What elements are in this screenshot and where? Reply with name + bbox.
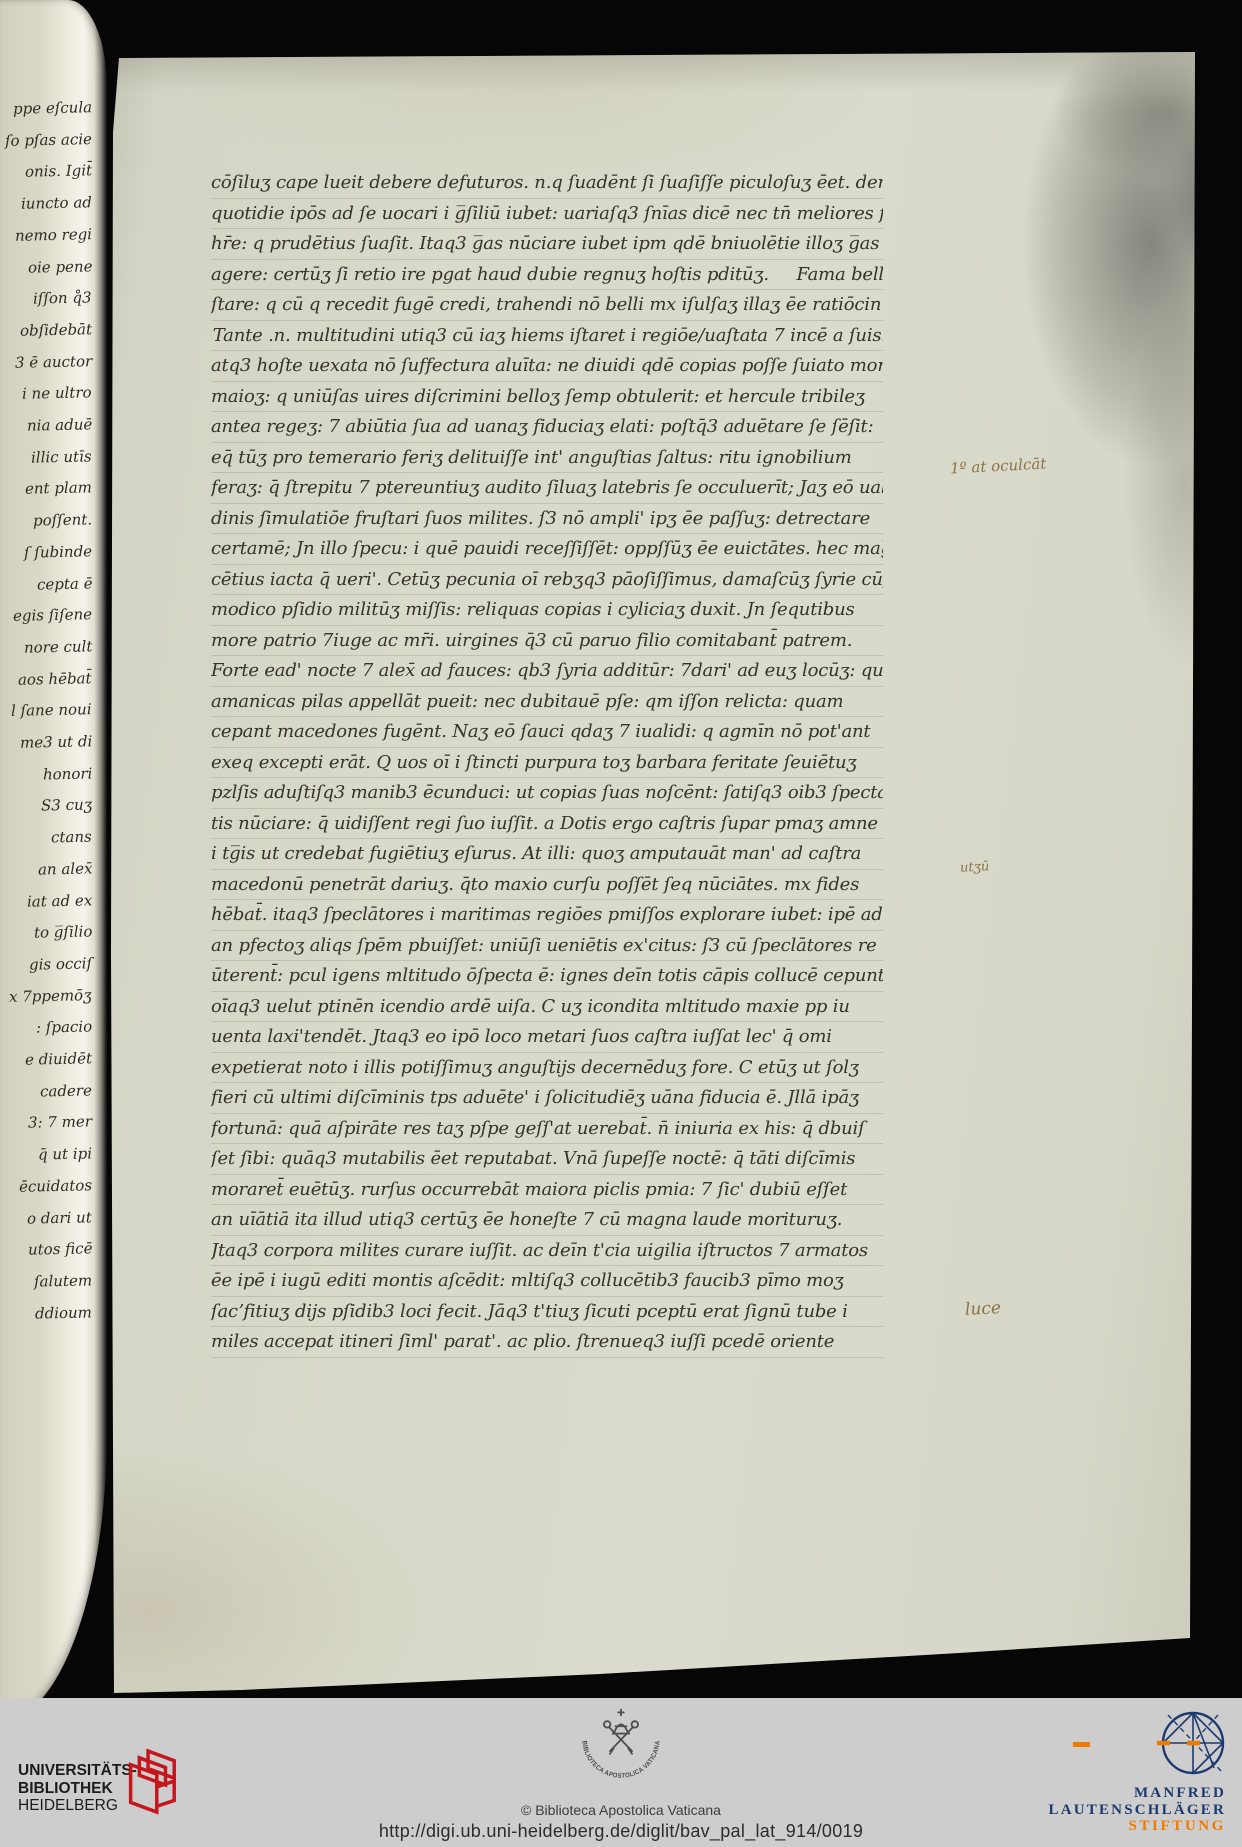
fore-edge-line-fragment: illic utīs	[31, 447, 92, 466]
manuscript-text-line: i tg̅is ut credebat fugiētiuʒ eſurus. At…	[211, 839, 883, 870]
manuscript-text-line: ¶ Tante .n. multitudini utiq3 cū iaʒ hie…	[211, 321, 883, 352]
manuscript-photo: ppe eſculaſo pſas acieonis. Igit̄iuncto …	[0, 0, 1242, 1847]
seal-arc-text: BIBLIOTECA APOSTOLICA VATICANA	[580, 1740, 661, 1780]
fore-edge-line-fragment: utos ficē	[27, 1240, 92, 1259]
fore-edge-line-fragment: egis ſiſene	[13, 605, 92, 625]
ub-line1: UNIVERSITÄTS-	[18, 1762, 118, 1780]
fore-edge-line-fragment: poſſent.	[33, 510, 92, 529]
manuscript-text-line: moraret̄ euētūʒ. rurſus occurrebāt maior…	[211, 1175, 883, 1206]
fore-edge-line-fragment: ſalutem	[34, 1271, 92, 1290]
fore-edge-line-fragment: an alex̄	[37, 859, 92, 878]
fore-edge-line-fragment: oie pene	[27, 257, 92, 276]
manuscript-text-line: pzlſis aduſtiſq3 manib3 ēcunduci: ut cop…	[211, 778, 883, 809]
fore-edge-line-fragment: nemo regi	[15, 225, 92, 245]
manuscript-text-line: uenta laxi'tendēt. Jtaq3 eo ipō loco met…	[211, 1022, 883, 1053]
globe-compass-icon	[1148, 1710, 1226, 1776]
ink-stain	[1119, 112, 1242, 472]
mls-line3: STIFTUNG	[1049, 1818, 1227, 1835]
fore-edge-line-fragment: me3 ut di	[20, 732, 93, 752]
lautenschlaeger-stiftung-logo: MANFRED LAUTENSCHLÄGER STIFTUNG	[1049, 1698, 1227, 1835]
fore-edge-line-fragment: nia aduē	[27, 415, 93, 434]
ub-line2: BIBLIOTHEK	[18, 1780, 118, 1798]
manuscript-text-line: cōſiluʒ cape lueit debere defuturos. n.q…	[211, 168, 883, 199]
fore-edge-line-fragment: q̄ ut ipi	[38, 1145, 92, 1164]
fore-edge-line-fragment: cepta ē	[36, 574, 92, 593]
manuscript-text-line: hr̄e: q prudētius ſuaſit. Itaq3 g̅as nūc…	[211, 229, 883, 260]
fore-edge-line-fragment: iuncto ad	[21, 193, 92, 212]
fore-edge-line-fragment: i ne ultro	[22, 384, 92, 403]
fore-edge-line-fragment: ctans	[51, 828, 92, 847]
fore-edge-line-fragment: : ſpacio	[36, 1018, 93, 1037]
manuscript-text-line: dinis ſimulatiōe fruſtari ſuos milites. …	[211, 504, 883, 535]
manuscript-text-line: an pfectoʒ aliqs ſpēm pbuiſſet: uniūſi u…	[211, 931, 883, 962]
mls-line1: MANFRED	[1049, 1785, 1227, 1802]
manuscript-text-line: an uīātiā ita illud utiq3 certūʒ ēe hone…	[211, 1205, 883, 1236]
manuscript-text-line: expetierat noto i illis potiſſimuʒ anguſ…	[211, 1053, 883, 1084]
manuscript-text-line: ſet ſibi: quāq3 mutabilis ēet reputabat.…	[211, 1144, 883, 1175]
manuscript-text-line: feraʒ: q̄ ſtrepitu 7 ptereuntiuʒ audito …	[211, 473, 883, 504]
manuscript-text-line: Forte ead' nocte 7 alex̄ ad fauces: qb3 …	[211, 656, 883, 687]
manuscript-text-line: oīaq3 uelut ptinēn icendio ardē uiſa. C …	[211, 992, 883, 1023]
fore-edge-line-fragment: x 7ppemōʒ	[9, 986, 92, 1006]
margin-note: utʒū	[960, 859, 990, 876]
mls-line2: LAUTENSCHLÄGER	[1049, 1802, 1227, 1819]
facing-page-fore-edge: ppe eſculaſo pſas acieonis. Igit̄iuncto …	[0, 0, 107, 1722]
manuscript-text-line: exeq excepti erāt. Q uos oī i ſtincti pu…	[211, 748, 883, 779]
fore-edge-line-fragment: 3: 7 mer	[28, 1113, 92, 1132]
mls-wordmark: MANFRED LAUTENSCHLÄGER STIFTUNG	[1049, 1785, 1227, 1835]
fore-edge-line-fragment: ſo pſas acie	[5, 130, 92, 150]
manuscript-text-line: fortunā: quā aſpirāte res taʒ pſpe geſſ'…	[211, 1114, 883, 1145]
manuscript-text-line: quotidie ipōs ad ſe uocari i g̅ſiliū iub…	[211, 199, 883, 230]
source-url: http://digi.ub.uni-heidelberg.de/diglit/…	[341, 1821, 901, 1842]
manuscript-page: cōſiluʒ cape lueit debere defuturos. n.q…	[111, 52, 1198, 1693]
manuscript-text-line: ſacʼfitiuʒ dijs pſidib3 loci fecit. Jāq3…	[211, 1297, 883, 1328]
stacked-books-icon	[119, 1748, 181, 1818]
manuscript-text-line: fieri cū ultimi diſcīminis tps aduēte' i…	[211, 1083, 883, 1114]
fore-edge-line-fragment: obſidebāt	[20, 320, 92, 340]
fore-edge-line-fragment: aos hēbat̄	[18, 669, 92, 689]
manuscript-text-line: certamē; Jn illo ſpecu: i quē pauidi rec…	[211, 534, 883, 565]
mls-orange-dash-icon	[1073, 1742, 1090, 1747]
manuscript-text-block: cōſiluʒ cape lueit debere defuturos. n.q…	[211, 168, 883, 1358]
manuscript-text-line: hēbat̄. itaq3 ſpeclātores i maritimas re…	[211, 900, 883, 931]
ub-heidelberg-wordmark: UNIVERSITÄTS- BIBLIOTHEK HEIDELBERG	[18, 1762, 118, 1815]
fore-edge-line-fragment: ppe eſcula	[13, 98, 92, 118]
fore-edge-line-fragment: 3 ē auctor	[15, 352, 93, 372]
ub-line3: HEIDELBERG	[18, 1797, 118, 1815]
manuscript-text-line: agere: certūʒ ſi retio ire pgat haud dub…	[211, 260, 883, 291]
manuscript-text-line: more patrio 7iuge ac mr̄i. uirgines q̄3 …	[211, 626, 883, 657]
manuscript-text-line: cētius iacta q̄ ueri'. Cetūʒ pecunia oī …	[211, 565, 883, 596]
manuscript-text-line: ſtare: q cū q recedit fugē credi, trahen…	[211, 290, 883, 321]
manuscript-text-line: atq3 hoſte uexata nō ſuffectura aluīta: …	[211, 351, 883, 382]
manuscript-text-line: tis nūciare: q̄ uidiſſent regi ſuo iuſſi…	[211, 809, 883, 840]
fore-edge-line-fragment: honori	[42, 764, 92, 783]
fore-edge-line-fragment: e diuidēt	[25, 1049, 92, 1068]
crossed-keys-tiara-icon: BIBLIOTECA APOSTOLICA VATICANA	[575, 1706, 667, 1798]
manuscript-text-line: ūterent̄: pcul igens mltitudo ōſpecta ē:…	[211, 961, 883, 992]
margin-note: luce	[965, 1298, 1002, 1320]
fore-edge-line-fragment: ent plam	[25, 479, 92, 498]
fore-edge-line-fragment: gis occiſ	[29, 954, 92, 973]
manuscript-text-line: modico pſidio militūʒ miſſis: reliquas c…	[211, 595, 883, 626]
fore-edge-line-fragment: to g̅ſilio	[33, 923, 92, 942]
fore-edge-line-fragment: o dari ut	[27, 1208, 92, 1227]
fore-edge-line-fragment: onis. Igit̄	[25, 162, 92, 181]
digitized-manuscript-view: ppe eſculaſo pſas acieonis. Igit̄iuncto …	[0, 0, 1242, 1847]
fore-edge-line-fragment: ſ ſubinde	[24, 542, 92, 561]
manuscript-text-line: amanicas pilas appellāt pueit: nec dubit…	[211, 687, 883, 718]
svg-text:BIBLIOTECA APOSTOLICA VATICANA: BIBLIOTECA APOSTOLICA VATICANA	[580, 1740, 661, 1780]
manuscript-text-line: ēe ipē i iugū editi montis aſcēdit: mlti…	[211, 1266, 883, 1297]
manuscript-text-line: eq̄ tūʒ pro temerario feriʒ delituiſſe i…	[211, 443, 883, 474]
margin-note: 1º at oculcāt	[950, 454, 1047, 477]
footer-bar: UNIVERSITÄTS- BIBLIOTHEK HEIDELBERG	[0, 1698, 1242, 1847]
manuscript-text-line: maioʒ: q uniūſas uires diſcrimini belloʒ…	[211, 382, 883, 413]
manuscript-text-line: antea regeʒ: 7 abiūtia ſua ad uanaʒ fidu…	[211, 412, 883, 443]
manuscript-text-line: miles accepat itineri ſiml' parat'. ac p…	[211, 1327, 883, 1358]
fore-edge-line-fragment: nore cult	[23, 637, 92, 656]
fore-edge-line-fragment: cadere	[40, 1081, 92, 1100]
manuscript-text-line: cepant macedones fugēnt. Naʒ eō ſauci qd…	[211, 717, 883, 748]
fore-edge-line-fragment: ddioum	[35, 1303, 92, 1322]
manuscript-text-line: Jtaq3 corpora milites curare iuſſit. ac …	[211, 1236, 883, 1267]
fore-edge-line-fragment: iſſon q̊3	[33, 289, 92, 308]
fore-edge-line-fragment: ēcuidatos	[19, 1176, 92, 1196]
fore-edge-line-fragment: iat ad ex	[27, 891, 93, 910]
fore-edge-line-fragment: l ſane noui	[11, 700, 92, 720]
copyright-line: © Biblioteca Apostolica Vaticana	[341, 1802, 901, 1818]
manuscript-text-line: macedonū penetrāt dariuʒ. q̄to maxio cur…	[211, 870, 883, 901]
vatican-attribution: BIBLIOTECA APOSTOLICA VATICANA © Bibliot…	[341, 1698, 901, 1842]
fore-edge-line-fragment: S3 cuʒ	[41, 796, 92, 815]
